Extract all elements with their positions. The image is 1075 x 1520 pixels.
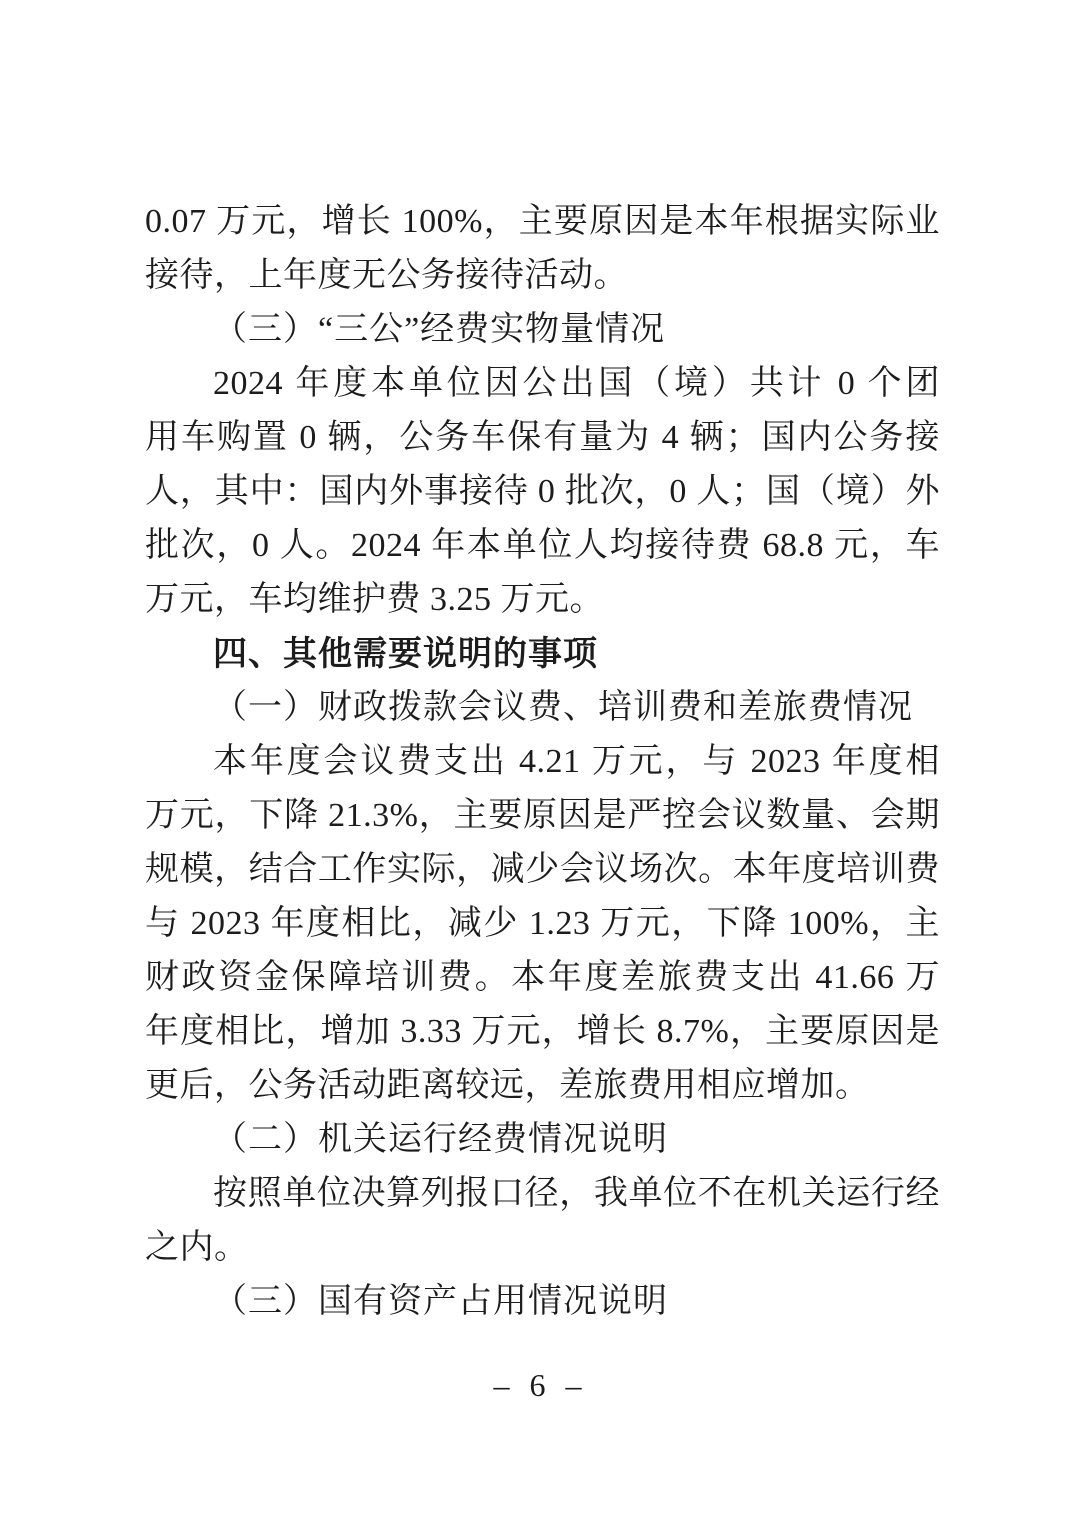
- text-line: 之内。: [145, 1221, 940, 1275]
- heading-other-matters: 四、其他需要说明的事项: [145, 627, 940, 681]
- text-line: （三）国有资产占用情况说明: [145, 1275, 940, 1329]
- subheading-state-owned-assets: （三）国有资产占用情况说明: [145, 1275, 940, 1329]
- subheading-agency-operating-funds: （二）机关运行经费情况说明: [145, 1113, 940, 1167]
- text-line: 2024 年度本单位因公出国（境）共计 0 个团组，0 人；公务: [145, 357, 940, 411]
- text-line: 按照单位决算列报口径，我单位不在机关运行经费统计范围: [145, 1167, 940, 1221]
- text-line: 接待，上年度无公务接待活动。: [145, 249, 940, 303]
- subheading-meeting-training-travel: （一）财政拨款会议费、培训费和差旅费情况说明: [145, 681, 940, 735]
- document-body: 0.07 万元，增长 100%，主要原因是本年根据实际业务开展公务接待，上年度无…: [145, 195, 940, 1329]
- page-number: – 6 –: [0, 1362, 1075, 1408]
- text-line: 与 2023 年度相比，减少 1.23 万元，下降 100%，主要是未使用: [145, 897, 940, 951]
- paragraph-physical-quantity-detail: 2024 年度本单位因公出国（境）共计 0 个团组，0 人；公务用车购置 0 辆…: [145, 357, 940, 627]
- text-line: 四、其他需要说明的事项: [145, 627, 940, 681]
- text-line: 财政资金保障培训费。本年度差旅费支出 41.66 万元，与 2023: [145, 951, 940, 1005]
- text-line: 批次，0 人。2024 年本单位人均接待费 68.8 元，车均购置费 0: [145, 519, 940, 573]
- text-line: 年度相比，增加 3.33 万元，增长 8.7%，主要原因是办公地点变: [145, 1005, 940, 1059]
- document-page: 0.07 万元，增长 100%，主要原因是本年根据实际业务开展公务接待，上年度无…: [0, 0, 1075, 1520]
- text-line: （一）财政拨款会议费、培训费和差旅费情况说明: [145, 681, 940, 735]
- text-line: 万元，车均维护费 3.25 万元。: [145, 573, 940, 627]
- paragraph-reception-explanation: 0.07 万元，增长 100%，主要原因是本年根据实际业务开展公务接待，上年度无…: [145, 195, 940, 303]
- text-line: 人，其中：国内外事接待 0 批次，0 人；国（境）外公务接待 0: [145, 465, 940, 519]
- paragraph-meeting-training-travel-detail: 本年度会议费支出 4.21 万元，与 2023 年度相比，减少 1.14万元，下…: [145, 735, 940, 1113]
- text-line: （二）机关运行经费情况说明: [145, 1113, 940, 1167]
- text-line: 用车购置 0 辆，公务车保有量为 4 辆；国内公务接待 1 批次 10: [145, 411, 940, 465]
- paragraph-agency-operating-funds-detail: 按照单位决算列报口径，我单位不在机关运行经费统计范围之内。: [145, 1167, 940, 1275]
- text-line: 0.07 万元，增长 100%，主要原因是本年根据实际业务开展公务: [145, 195, 940, 249]
- text-line: 更后，公务活动距离较远，差旅费用相应增加。: [145, 1059, 940, 1113]
- text-line: 规模，结合工作实际，减少会议场次。本年度培训费支出 0 万元，: [145, 843, 940, 897]
- text-line: 万元，下降 21.3%，主要原因是严控会议数量、会期和参会人员: [145, 789, 940, 843]
- text-line: 本年度会议费支出 4.21 万元，与 2023 年度相比，减少 1.14: [145, 735, 940, 789]
- subheading-three-public-physical-quantity: （三）“三公”经费实物量情况: [145, 303, 940, 357]
- text-line: （三）“三公”经费实物量情况: [145, 303, 940, 357]
